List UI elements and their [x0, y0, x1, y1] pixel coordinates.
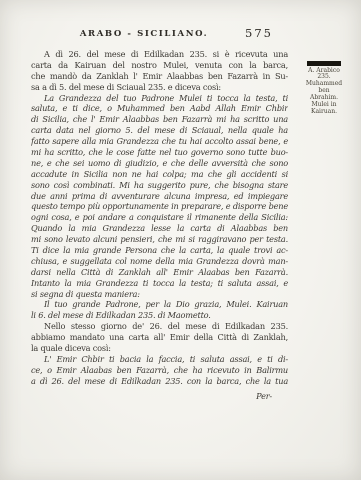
text-line: A dì 26. del mese di Edilkadan 235. si è… [31, 49, 288, 60]
text-line: ogni cosa, e poi andare a conquistare il… [31, 212, 288, 223]
text-line: li 6. del mese di Edilkadan 235. di Maom… [31, 310, 288, 321]
text-line: carta da Kairuan del nostro Mulei, venut… [31, 60, 288, 71]
text-line: si segna di questa maniera: [31, 289, 288, 300]
catchword: Per- [31, 391, 288, 402]
text-line: chiusa, e suggellata col nome della mia … [31, 256, 288, 267]
page-number: 575 [245, 26, 273, 40]
margin-rule [307, 61, 341, 66]
text-line: Nello stesso giorno de' 26. del mese di … [31, 321, 288, 332]
text-line: ne, e che sei uomo di giudizio, e che de… [31, 158, 288, 169]
text-line: saluta, e ti dice, o Muhammed ben Aabd A… [31, 103, 288, 114]
text-line: Quando la mia Grandezza lesse la carta d… [31, 223, 288, 234]
text-line: Il tuo grande Padrone, per la Dio grazia… [31, 299, 288, 310]
text-line: L' Emir Chbir ti bacia la faccia, ti sal… [31, 354, 288, 365]
text-line: di Sicilia, che l' Emir Alaabbas ben Faz… [31, 114, 288, 125]
text-line: questo tempo più opportunamente in prepa… [31, 201, 288, 212]
text-line: mi sono levato alcuni pensieri, che mi s… [31, 234, 288, 245]
text-line: Intanto la mia Grandezza ti tocca la tes… [31, 278, 288, 289]
body-text: A dì 26. del mese di Edilkadan 235. si è… [31, 49, 288, 402]
text-line: sa a dì 5. del mese di Sciaual 235. e di… [31, 82, 288, 93]
scanned-book-page: ARABO - SICILIANO. 575 A. Arabico 235. M… [0, 0, 361, 480]
text-line: sono così combinati. Mi ha suggerito pur… [31, 180, 288, 191]
text-line: la quale diceva così: [31, 343, 288, 354]
text-line: mi ha scritto, che le cose fatte nel tuo… [31, 147, 288, 158]
running-header: ARABO - SICILIANO. [31, 29, 257, 39]
text-line: abbiamo mandato una carta all' Emir dell… [31, 332, 288, 343]
text-line: due anni prima di avventurare alcuna imp… [31, 191, 288, 202]
text-line: Ti dice la mia grande Persona che la car… [31, 245, 288, 256]
text-line: darsi nella Città di Zanklah all' Emir A… [31, 267, 288, 278]
margin-note: A. Arabico 235. Muhammed ben Abrahim. Mu… [292, 61, 356, 116]
text-line: a dì 26. del mese di Edilkadan 235. con … [31, 376, 288, 387]
text-line: accadute in Sicilia non ne hai colpa; ma… [31, 169, 288, 180]
text-line: carta data nel giorno 5. del mese di Sci… [31, 125, 288, 136]
text-line: fatto sapere alla mia Grandezza che tu h… [31, 136, 288, 147]
text-line: La Grandezza del tuo Padrone Mulei ti to… [31, 93, 288, 104]
text-line: che mandò da Zanklah l' Emir Alaabbas be… [31, 71, 288, 82]
text-line: ce, o Emir Alaabas ben Fazarrà, che ha r… [31, 365, 288, 376]
margin-note-line: Kairuan. [292, 109, 356, 116]
